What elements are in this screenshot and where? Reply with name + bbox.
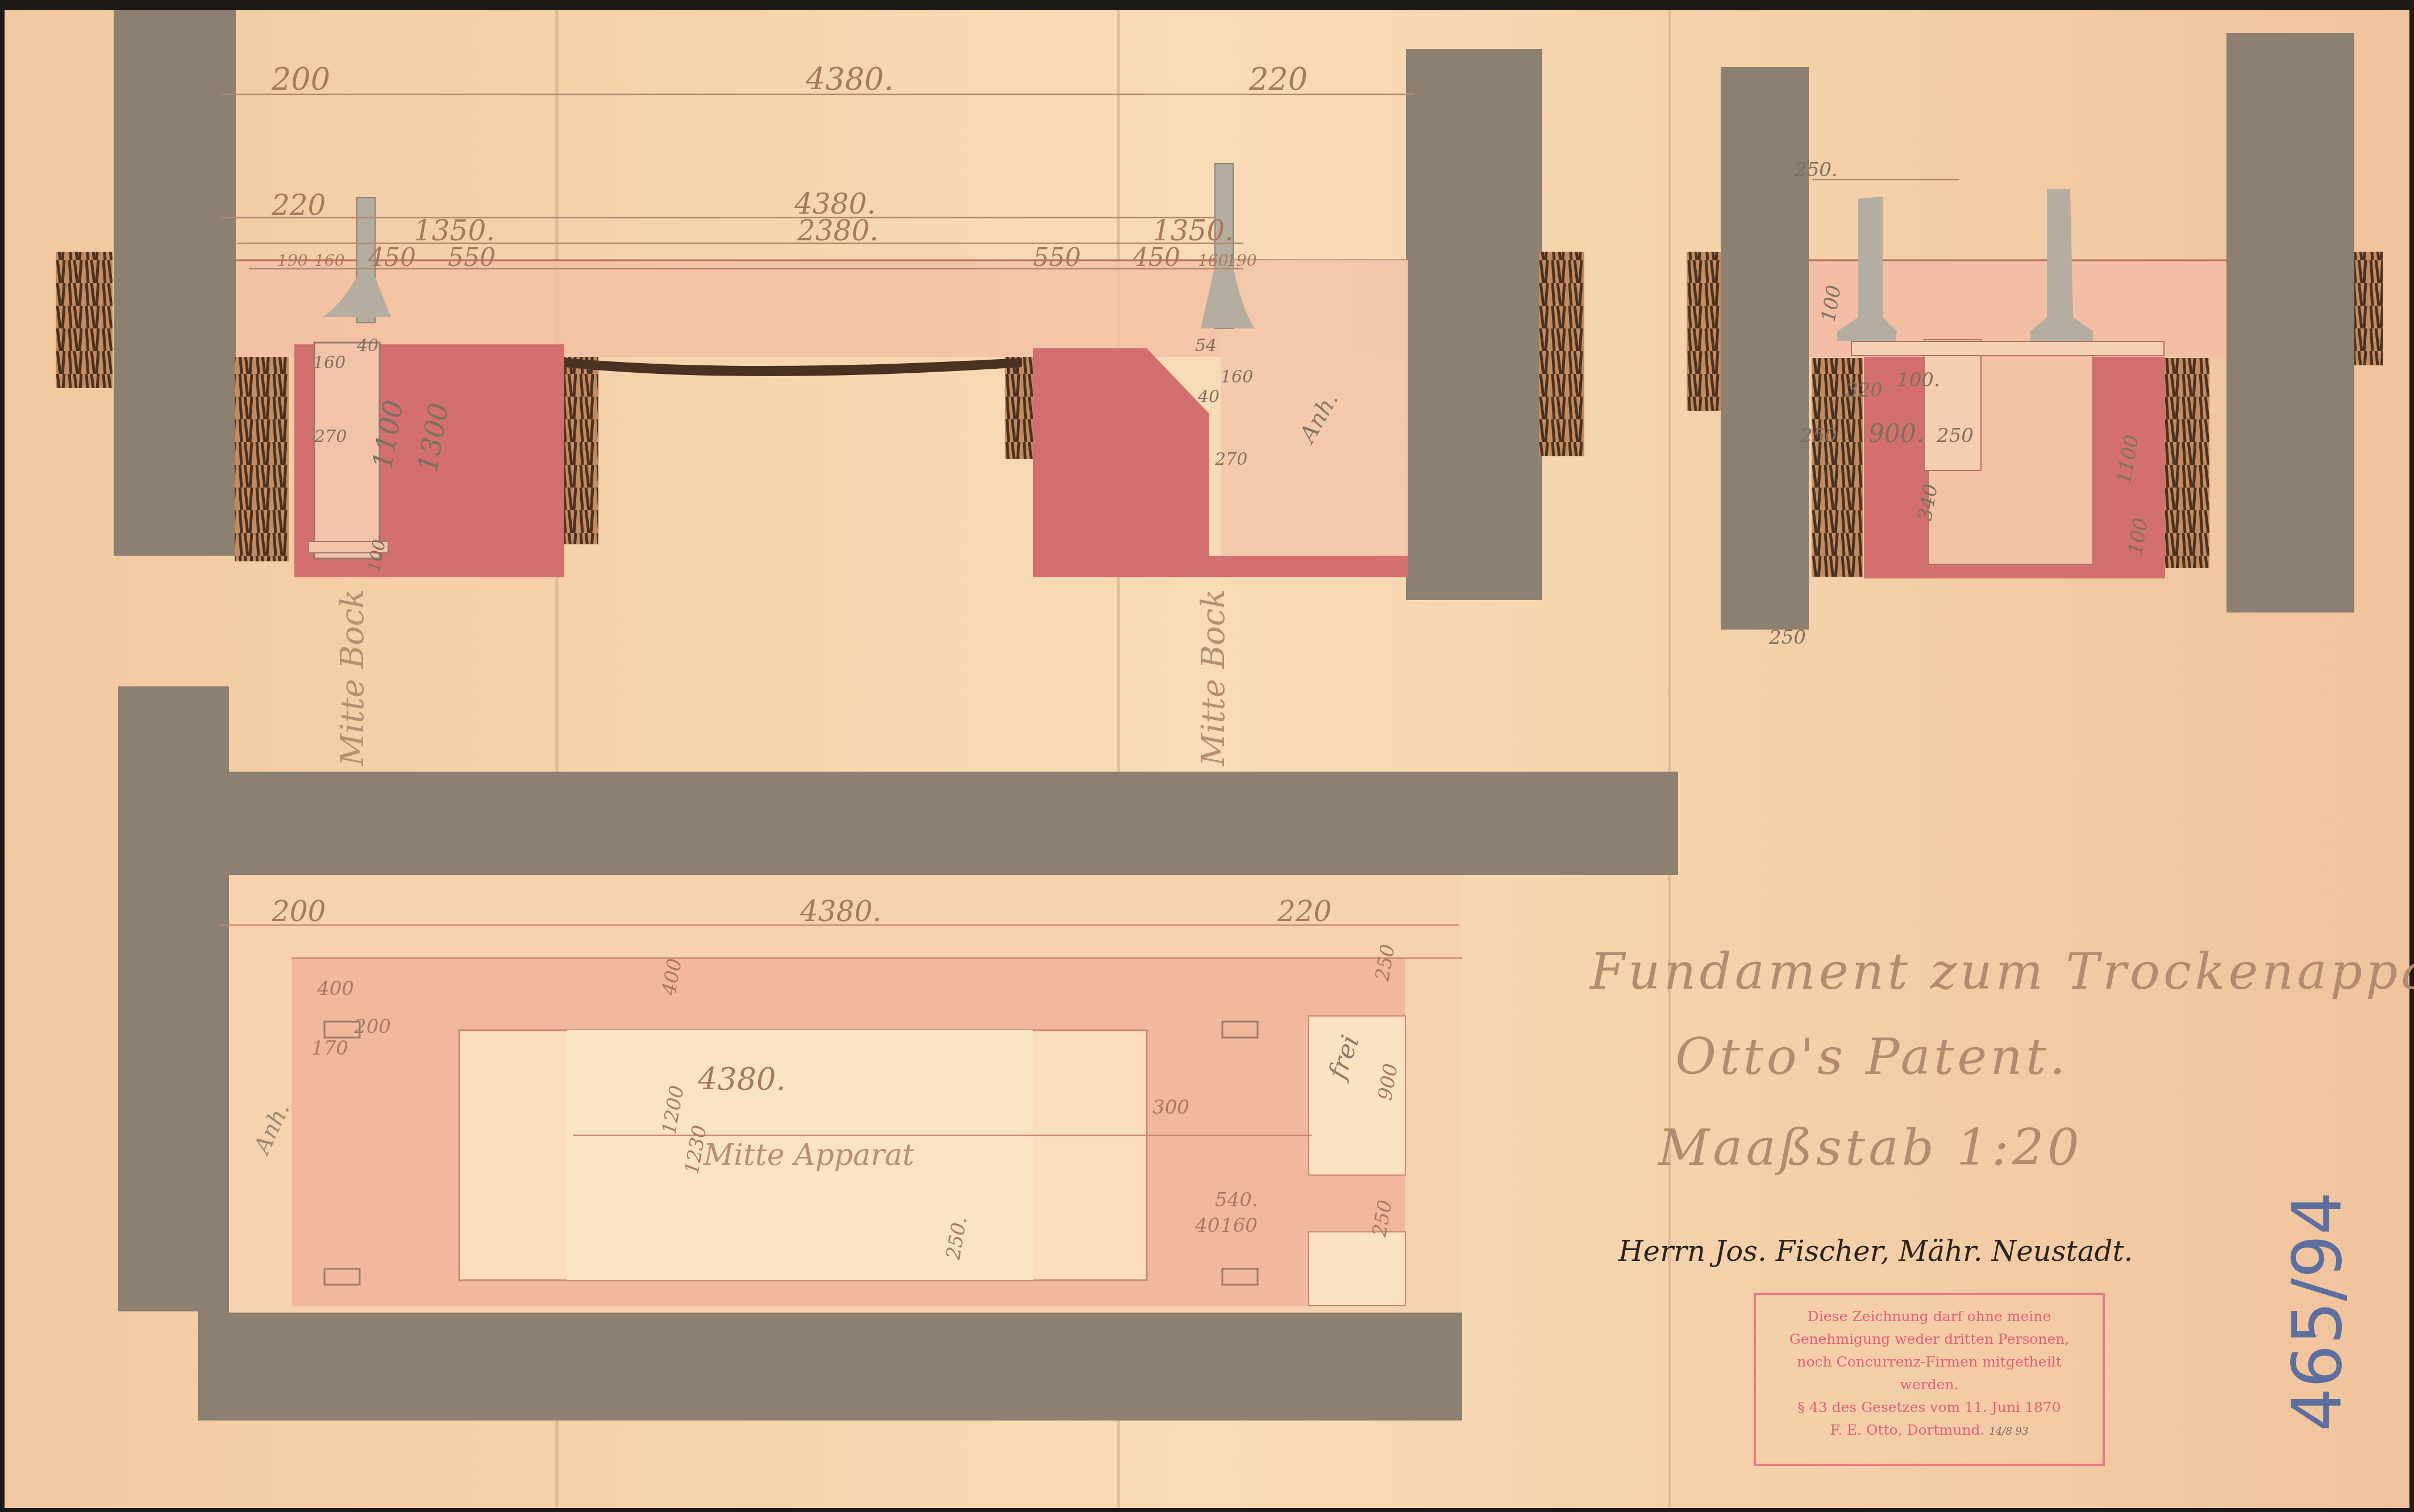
addressee: Herrn Jos. Fischer, Mähr. Neustadt. [1618,1235,2133,1268]
dimension-label: 320 [1846,379,1883,402]
dimension-label: 190 [277,251,307,270]
dimension-label: 900. [1868,419,1924,448]
soil-mid-right [1005,357,1033,459]
dimension-label: 40 [356,336,378,356]
dimension-label: 4380. [800,895,881,928]
stamp-line-6: F. E. Otto, Dortmund. 14/8 93 [1756,1419,2103,1443]
title-line-3: Maaßstab 1:20 [1658,1118,2083,1177]
soil-mid [564,357,598,544]
dimension-label: 54 [1195,336,1217,356]
dimension-label: 4380. [697,1061,786,1097]
label-mitte-apparat: Mitte Apparat [704,1138,914,1172]
soil-left [56,252,113,388]
wall-left [114,10,236,556]
label-mitte-bock-left: Mitte Bock [334,589,371,766]
dimension-label: 450 [1132,243,1180,272]
title-line-2: Otto's Patent. [1675,1027,2068,1086]
soil-right [1539,252,1584,456]
dimension-label: 400 [317,977,354,1000]
dimension-label: 300 [1152,1096,1189,1119]
dimension-label: 250. [1794,159,1838,181]
wall-cross-left [1721,67,1809,630]
dimension-label: 160 [314,251,344,270]
dimension-label: 250 [1936,424,1974,447]
dimension-label: 200 [271,895,326,928]
stamp-line-4: werden. [1756,1373,2103,1396]
stamp-line-2: Genehmigung weder dritten Personen, [1756,1328,2103,1351]
dimension-label: 40 [1194,1214,1220,1237]
drawing-sheet: 2004380.2202204380.1350.2380.1350.190160… [5,10,2409,1508]
soil-mid-left [235,357,289,561]
dimension-label: 270 [314,427,347,447]
copyright-stamp: Diese Zeichnung darf ohne meine Genehmig… [1754,1293,2105,1466]
dimension-label: 250 [1800,424,1837,447]
dimension-label: 550 [448,243,496,272]
label-mitte-bock-right: Mitte Bock [1195,589,1232,766]
dimension-label: 4380. [805,61,894,97]
soil-cross-right [2164,358,2209,568]
dimension-label: 220 [1248,61,1308,97]
dimension-label: 160 [313,353,346,373]
dimension-label: 200 [353,1015,391,1038]
dimension-label: 160 [1221,367,1253,387]
dimension-label: 2380. [797,214,879,247]
wall-cross-right [2226,33,2354,613]
dimension-label: 160 [1221,1214,1258,1237]
archive-number: 465/94 [2244,1192,2391,1431]
plan-view [118,686,1678,1421]
stamp-line-5: § 43 des Gesetzes vom 11. Juni 1870 [1756,1396,2103,1419]
dimension-label: 160 [1198,251,1228,270]
dimension-label: 1350. [1152,214,1234,247]
stamp-line-3: noch Concurrenz-Firmen mitgetheilt [1756,1351,2103,1373]
stamp-date: 14/8 93 [1989,1426,2028,1438]
stamp-line-1: Diese Zeichnung darf ohne meine [1756,1305,2103,1328]
archive-number-text: 465/94 [2278,1192,2357,1431]
dimension-label: 170 [311,1037,348,1060]
dimension-label: 550 [1033,243,1081,272]
dimension-label: 1350. [414,214,495,247]
dimension-label: 220 [271,189,326,222]
dimension-label: 270 [1214,449,1247,469]
dimension-label: 40 [1197,387,1220,407]
dimension-label: 220 [1277,895,1331,928]
dimension-label: 190 [1226,251,1256,270]
dimension-label: 450 [368,243,416,272]
dimension-label: 100. [1897,369,1940,391]
dimension-label: 540. [1215,1189,1258,1211]
dimension-label: 250 [1768,626,1806,649]
stamp-signature: F. E. Otto, Dortmund. [1830,1422,1985,1438]
title-line-1: Fundament zum Trockenapparat) [1590,942,2414,1001]
wall-right [1406,49,1542,600]
dimension-label: 200 [271,61,330,97]
